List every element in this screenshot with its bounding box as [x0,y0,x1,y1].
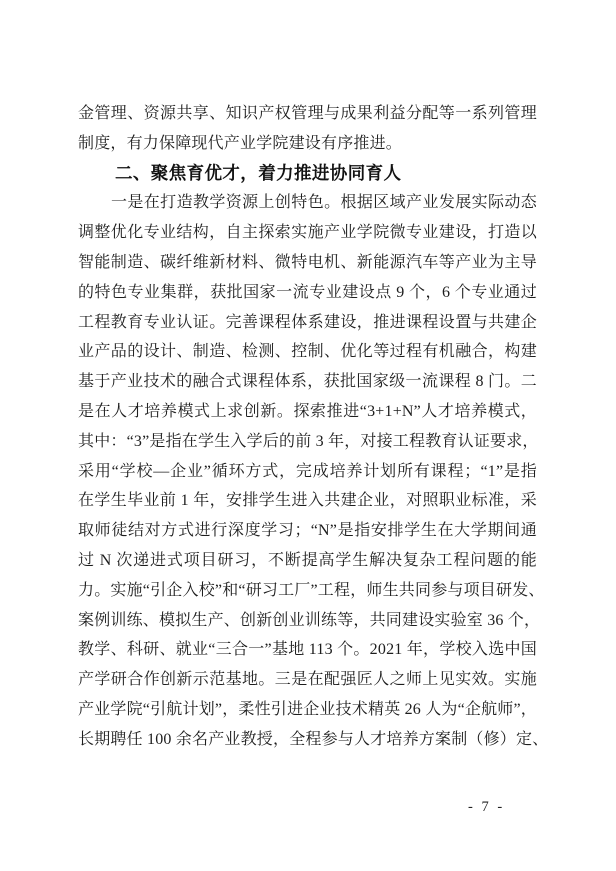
text-line: 制度，有力保障现代产业学院建设有序推进。 [78,129,537,159]
text-line: 在学生毕业前 1 年，安排学生进入共建企业，对照职业标准，采 [78,486,537,516]
text-line: 产业学院“引航计划”，柔性引进企业技术精英 26 人为“企航师”， [78,695,537,725]
text-line: 调整优化专业结构，自主探索实施产业学院微专业建设，打造以 [78,218,537,248]
document-page: 金管理、资源共享、知识产权管理与成果利益分配等一系列管理制度，有力保障现代产业学… [0,0,616,871]
page-number: - 7 - [468,798,505,816]
text-line: 力。实施“引企入校”和“研习工厂”工程，师生共同参与项目研发、 [78,576,537,606]
text-line: 案例训练、模拟生产、创新创业训练等，共同建设实验室 36 个， [78,606,537,636]
text-line: 工程教育专业认证。完善课程体系建设，推进课程设置与共建企 [78,308,537,338]
text-line: 是在人才培养模式上求创新。探索推进“3+1+N”人才培养模式， [78,397,537,427]
text-line: 业产品的设计、制造、检测、控制、优化等过程有机融合，构建 [78,337,537,367]
text-line: 产学研合作创新示范基地。三是在配强匠人之师上见实效。实施 [78,665,537,695]
text-line: 智能制造、碳纤维新材料、微特电机、新能源汽车等产业为主导 [78,248,537,278]
paragraph-continued: 金管理、资源共享、知识产权管理与成果利益分配等一系列管理制度，有力保障现代产业学… [78,99,537,159]
text-line: 采用“学校—企业”循环方式，完成培养计划所有课程；“1”是指 [78,457,537,487]
text-line: 基于产业技术的融合式课程体系，获批国家级一流课程 8 门。二 [78,367,537,397]
paragraph-body: 一是在打造教学资源上创特色。根据区域产业发展实际动态调整优化专业结构，自主探索实… [78,188,537,754]
text-line: 其中：“3”是指在学生入学后的前 3 年，对接工程教育认证要求， [78,427,537,457]
section-heading: 二、聚焦育优才，着力推进协同育人 [78,159,537,189]
document-text-block: 金管理、资源共享、知识产权管理与成果利益分配等一系列管理制度，有力保障现代产业学… [78,99,537,755]
text-line: 长期聘任 100 余名产业教授，全程参与人才培养方案制（修）定、 [78,725,537,755]
text-line: 的特色专业集群，获批国家一流专业建设点 9 个，6 个专业通过 [78,278,537,308]
text-line: 金管理、资源共享、知识产权管理与成果利益分配等一系列管理 [78,99,537,129]
text-line: 过 N 次递进式项目研习，不断提高学生解决复杂工程问题的能 [78,546,537,576]
text-line: 一是在打造教学资源上创特色。根据区域产业发展实际动态 [78,188,537,218]
text-line: 教学、科研、就业“三合一”基地 113 个。2021 年，学校入选中国 [78,635,537,665]
text-line: 取师徒结对方式进行深度学习；“N”是指安排学生在大学期间通 [78,516,537,546]
